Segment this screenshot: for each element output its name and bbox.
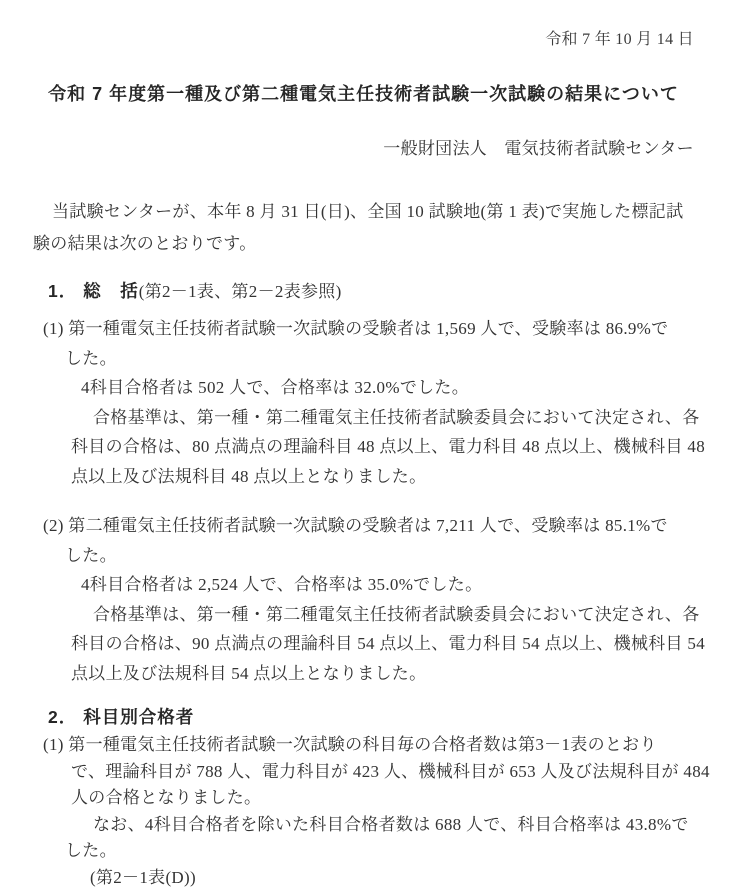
section-1-heading-note: (第2－1表、第2－2表参照) bbox=[139, 282, 342, 301]
section-2-item-1: (1) 第一種電気主任技術者試験一次試験の科目毎の合格者数は第3－1表のとおり … bbox=[33, 732, 694, 891]
section-1-heading: 1．総 括(第2－1表、第2－2表参照) bbox=[48, 280, 694, 303]
section-2-heading: 2．科目別合格者 bbox=[48, 706, 694, 728]
section-1-item-1: (1) 第一種電気主任技術者試験一次試験の受験者は 1,569 人で、受験率は … bbox=[33, 314, 694, 491]
organization-name: 一般財団法人 電気技術者試験センター bbox=[33, 138, 694, 159]
text-line: 合格基準は、第一種・第二種電気主任技術者試験委員会において決定され、各 bbox=[93, 403, 694, 433]
text-line: (1) 第一種電気主任技術者試験一次試験の受験者は 1,569 人で、受験率は … bbox=[43, 314, 694, 344]
intro-line-2: 験の結果は次のとおりです。 bbox=[33, 228, 694, 260]
section-1-number: 1． bbox=[48, 281, 77, 301]
text-line: 科目の合格は、90 点満点の理論科目 54 点以上、電力科目 54 点以上、機械… bbox=[71, 629, 694, 659]
table-reference: (第2－1表(D)) bbox=[90, 865, 694, 892]
document-date: 令和 7 年 10 月 14 日 bbox=[33, 30, 694, 50]
text-line: (1) 第一種電気主任技術者試験一次試験の科目毎の合格者数は第3－1表のとおり bbox=[43, 732, 694, 759]
text-line: 人の合格となりました。 bbox=[71, 785, 694, 812]
section-1-item-2: (2) 第二種電気主任技術者試験一次試験の受験者は 7,211 人で、受験率は … bbox=[33, 511, 694, 688]
intro-line-1: 当試験センターが、本年 8 月 31 日(日)、全国 10 試験地(第 1 表)… bbox=[33, 196, 694, 228]
text-line: 点以上及び法規科目 54 点以上となりました。 bbox=[71, 659, 694, 689]
text-line: した。 bbox=[65, 344, 694, 374]
document-page: 令和 7 年 10 月 14 日 令和 7 年度第一種及び第二種電気主任技術者試… bbox=[0, 0, 750, 892]
text-line: した。 bbox=[65, 838, 694, 865]
text-line: 点以上及び法規科目 48 点以上となりました。 bbox=[71, 462, 694, 492]
section-1-title: 総 括 bbox=[83, 281, 139, 301]
text-line: 4科目合格者は 2,524 人で、合格率は 35.0%でした。 bbox=[81, 570, 694, 600]
text-line: なお、4科目合格者を除いた科目合格者数は 688 人で、科目合格率は 43.8%… bbox=[93, 812, 694, 839]
text-line: 合格基準は、第一種・第二種電気主任技術者試験委員会において決定され、各 bbox=[93, 600, 694, 630]
document-title: 令和 7 年度第一種及び第二種電気主任技術者試験一次試験の結果について bbox=[33, 83, 694, 105]
section-2-number: 2． bbox=[48, 707, 77, 727]
section-2-title: 科目別合格者 bbox=[83, 707, 194, 727]
text-line: で、理論科目が 788 人、電力科目が 423 人、機械科目が 653 人及び法… bbox=[71, 759, 694, 786]
text-line: (2) 第二種電気主任技術者試験一次試験の受験者は 7,211 人で、受験率は … bbox=[43, 511, 694, 541]
intro-paragraph: 当試験センターが、本年 8 月 31 日(日)、全国 10 試験地(第 1 表)… bbox=[33, 196, 694, 260]
text-line: した。 bbox=[65, 541, 694, 571]
text-line: 科目の合格は、80 点満点の理論科目 48 点以上、電力科目 48 点以上、機械… bbox=[71, 432, 694, 462]
text-line: 4科目合格者は 502 人で、合格率は 32.0%でした。 bbox=[81, 373, 694, 403]
